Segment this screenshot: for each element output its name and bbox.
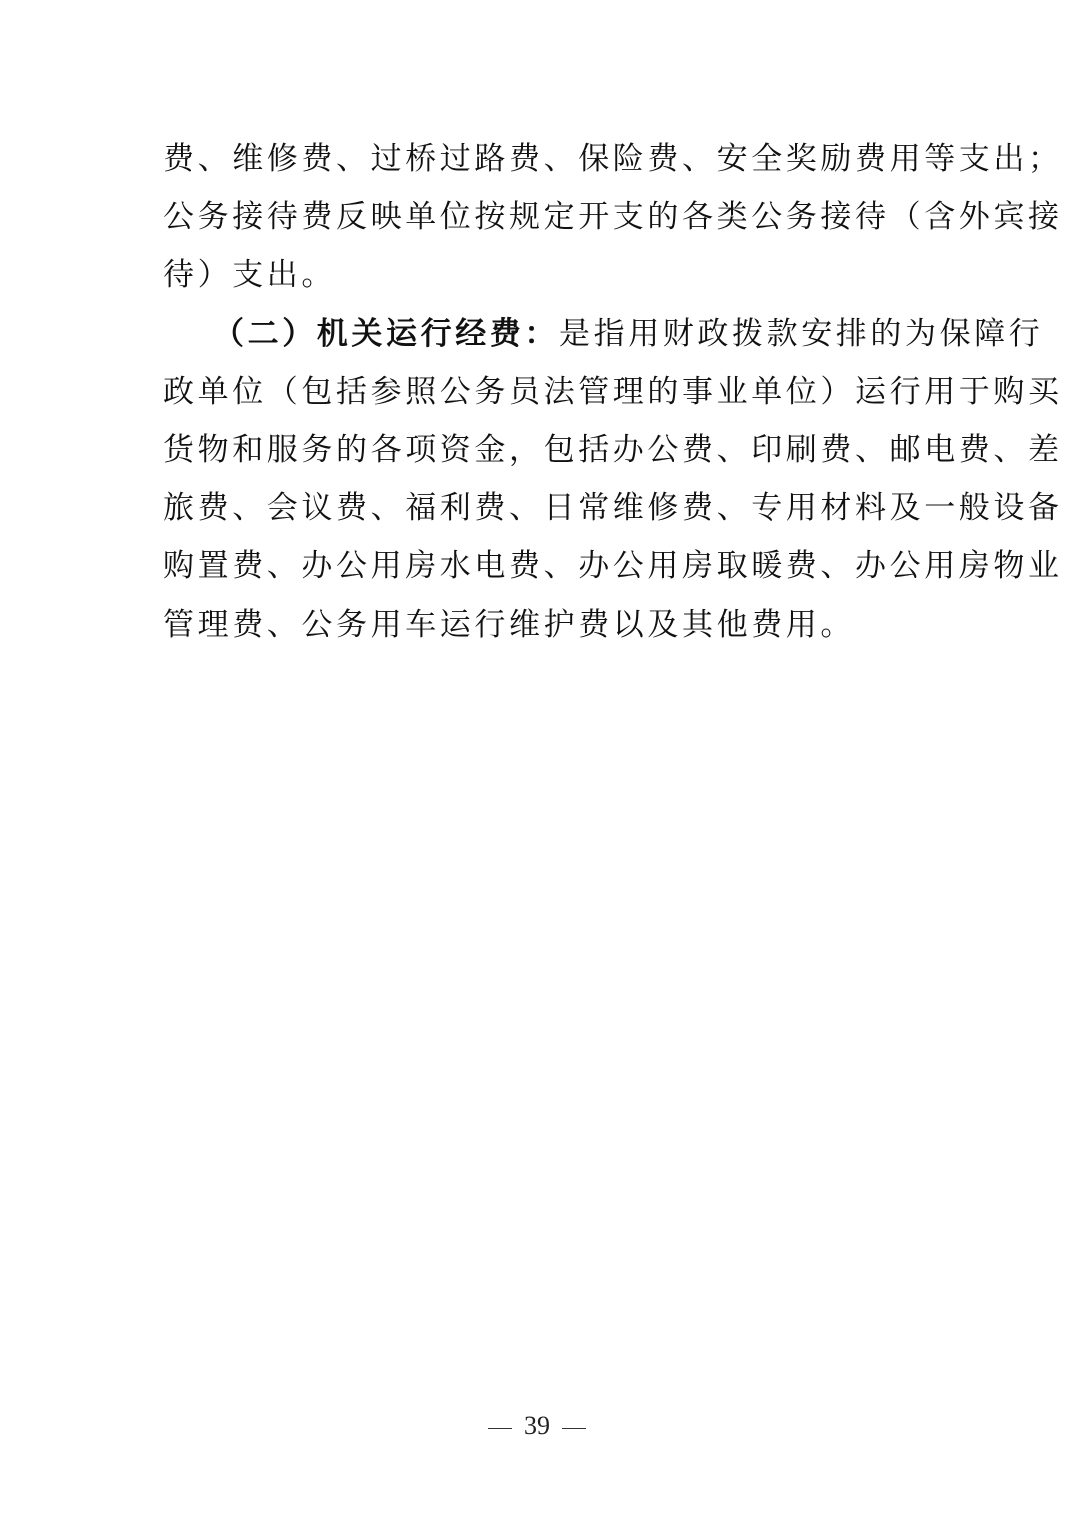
- section-heading: （二）机关运行经费：: [213, 316, 559, 352]
- section-heading-line: （二）机关运行经费：是指用财政拨款安排的为保障行: [163, 308, 913, 366]
- document-body: 费、维修费、过桥过路费、保险费、安全奖励费用等支出； 公务接待费反映单位按规定开…: [163, 133, 913, 657]
- page-number: 39: [524, 1411, 550, 1440]
- paragraph-line: 待）支出。: [163, 249, 913, 307]
- paragraph-line: 旅费、会议费、福利费、日常维修费、专用材料及一般设备: [163, 482, 913, 540]
- page-footer: 39: [0, 1411, 1074, 1441]
- paragraph-line: 公务接待费反映单位按规定开支的各类公务接待（含外宾接: [163, 191, 913, 249]
- dash-left: [488, 1428, 512, 1429]
- paragraph-line: 费、维修费、过桥过路费、保险费、安全奖励费用等支出；: [163, 133, 913, 191]
- paragraph-line: 货物和服务的各项资金，包括办公费、印刷费、邮电费、差: [163, 424, 913, 482]
- paragraph-line: 政单位（包括参照公务员法管理的事业单位）运行用于购买: [163, 366, 913, 424]
- section-text: 是指用财政拨款安排的为保障行: [559, 316, 1043, 352]
- document-page: 费、维修费、过桥过路费、保险费、安全奖励费用等支出； 公务接待费反映单位按规定开…: [0, 0, 1074, 1520]
- dash-right: [562, 1428, 586, 1429]
- paragraph-line: 管理费、公务用车运行维护费以及其他费用。: [163, 599, 913, 657]
- paragraph-line: 购置费、办公用房水电费、办公用房取暖费、办公用房物业: [163, 540, 913, 598]
